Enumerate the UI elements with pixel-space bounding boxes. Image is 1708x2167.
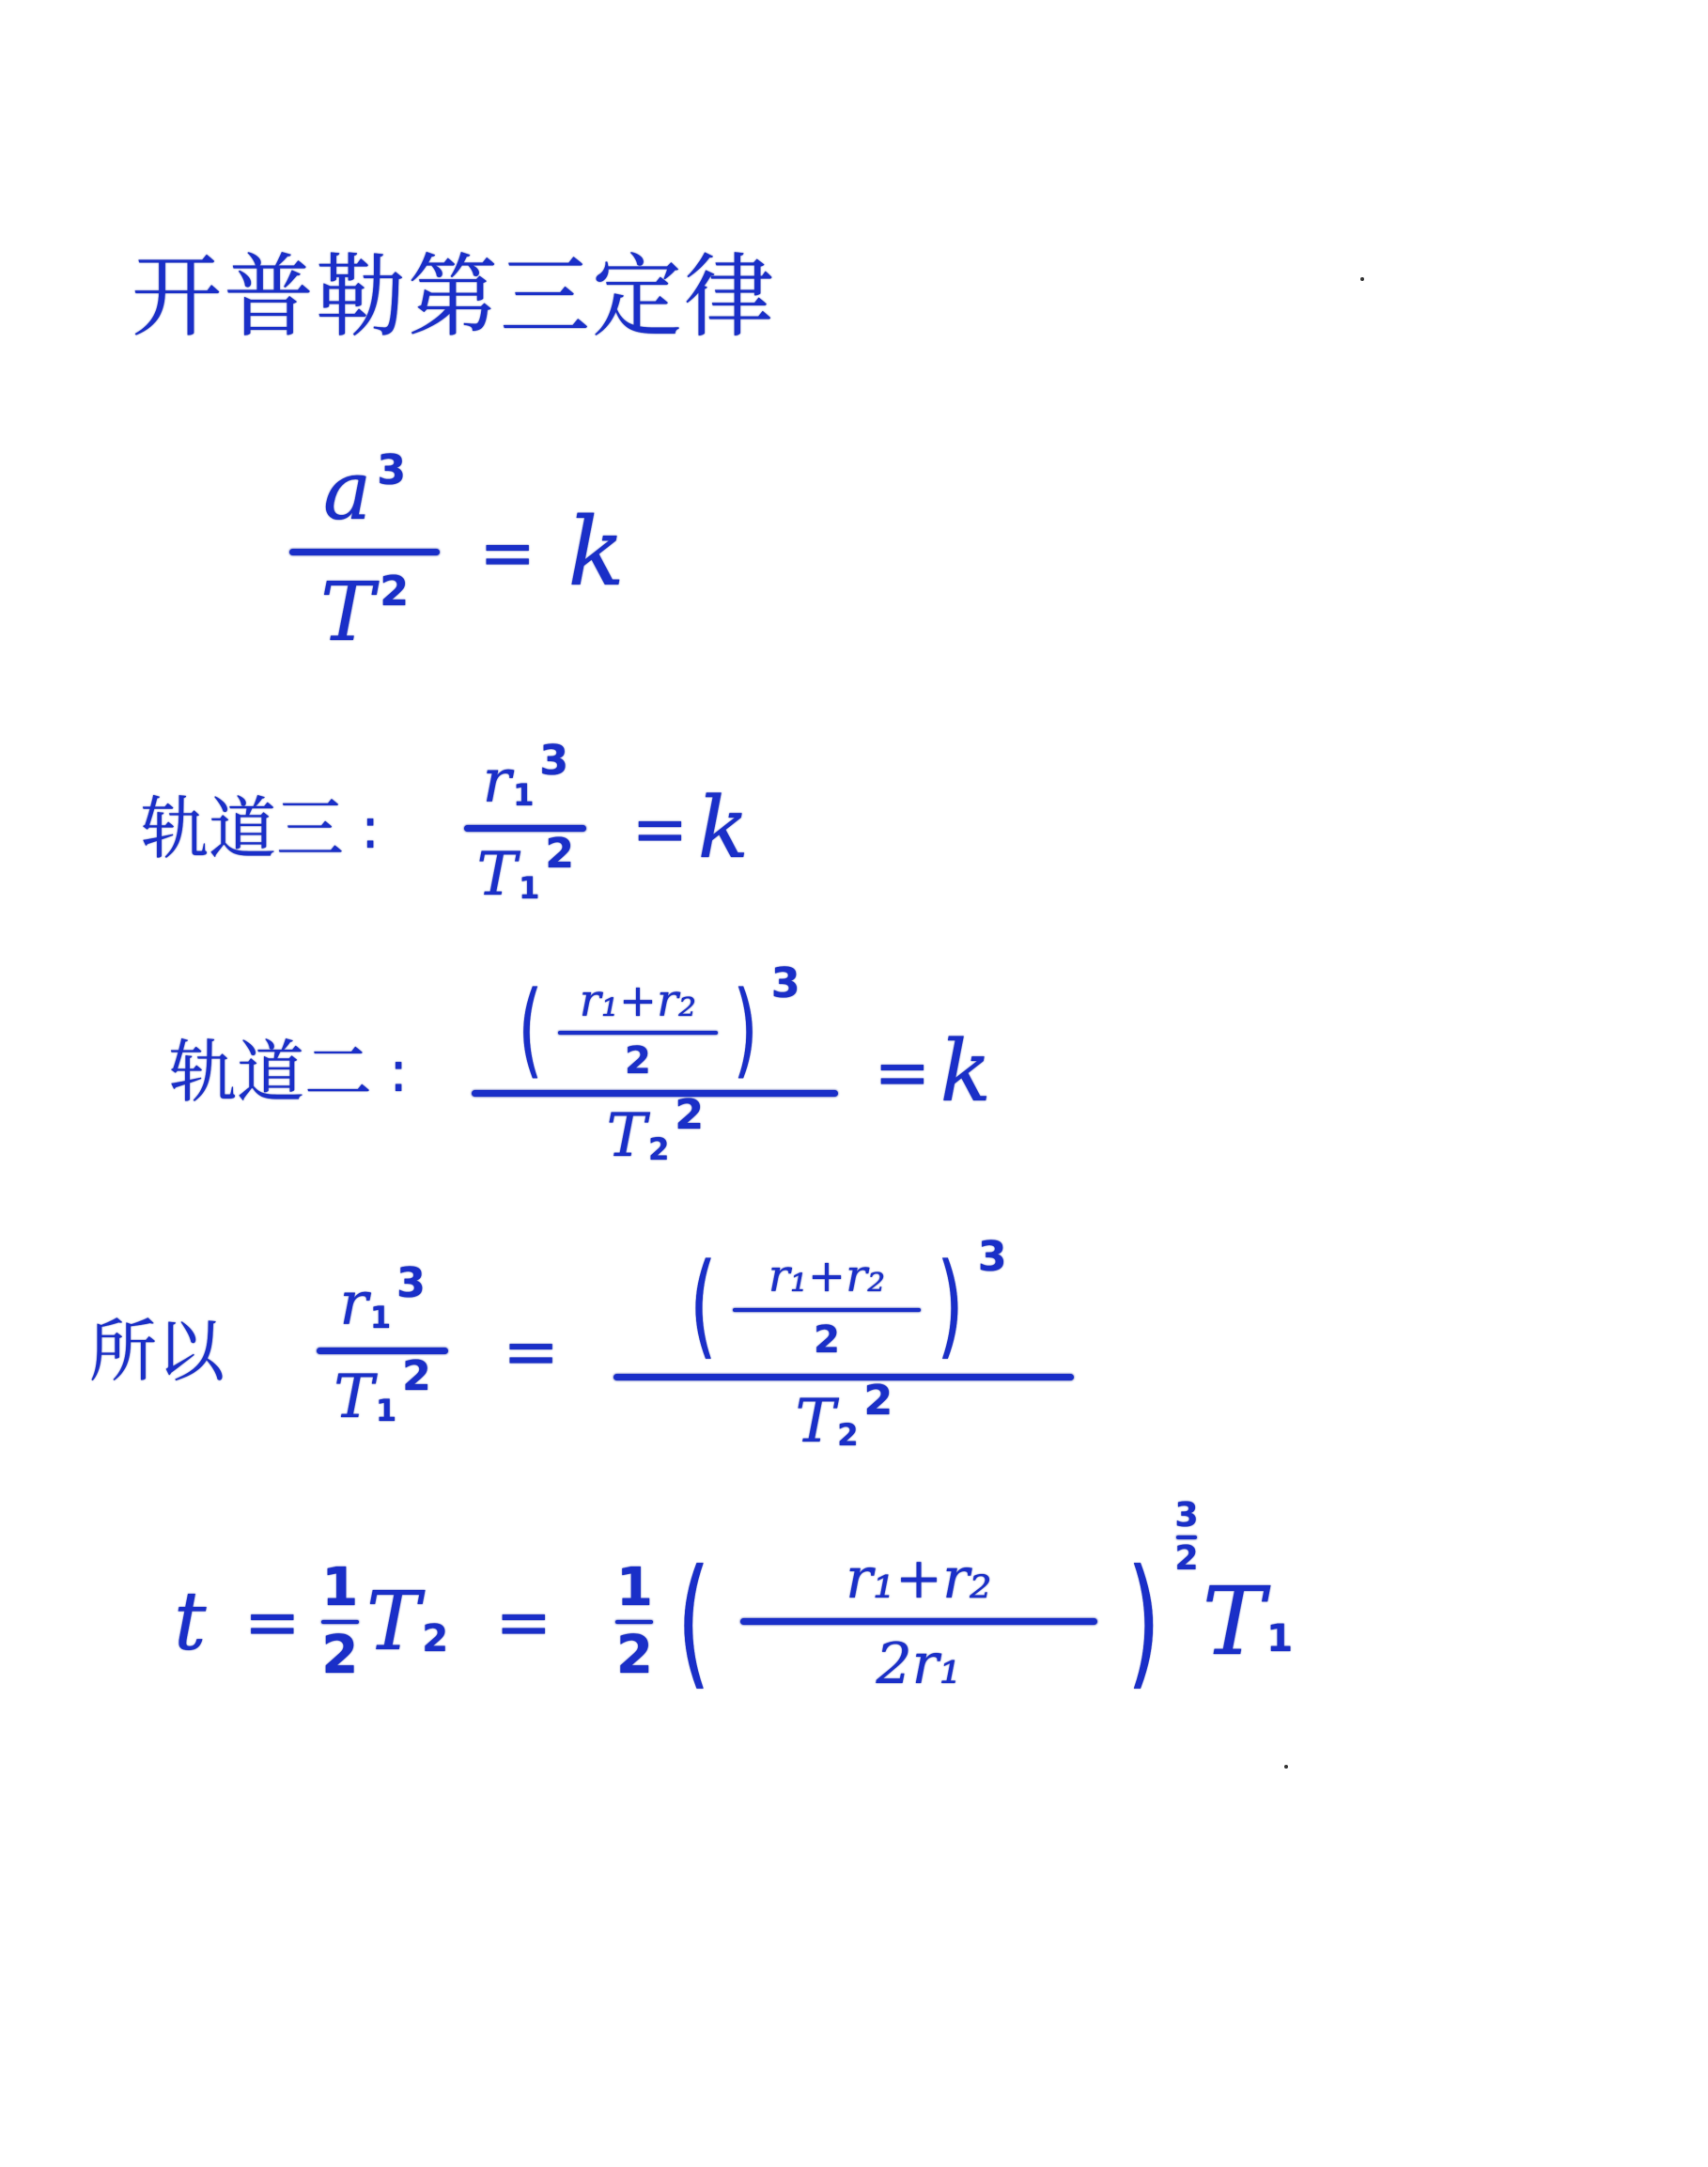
exponent: 2	[675, 1095, 704, 1136]
exponent: 2	[864, 1380, 893, 1422]
orbit2-label: 轨道二	[169, 1038, 372, 1106]
orbit2-formula: 轨道二 : ( r₁+r₂ 2 ) 3 T 2 2 = k	[169, 977, 991, 1166]
subscript: 1	[519, 873, 539, 903]
T-symbol: T	[476, 845, 517, 905]
fraction-bar	[472, 1090, 838, 1097]
fraction-bar	[733, 1308, 921, 1312]
ratio-fraction: r₁+r₂ 2r₁	[740, 1551, 1097, 1692]
one-half: 1 2	[321, 1562, 359, 1682]
r1-plus-r2: r₁+r₂	[580, 978, 697, 1023]
exponent-denominator: 2	[1175, 1542, 1199, 1576]
handwritten-page: 开普勒第三定律 a 3 T 2 = k 轨道三 : r 1 3	[0, 0, 1708, 2167]
orbit2-fraction: ( r₁+r₂ 2 ) 3 T 2 2	[472, 977, 838, 1166]
law-denominator-exp: 2	[380, 571, 409, 613]
exponent-numerator: 3	[1175, 1499, 1199, 1533]
open-paren: (	[519, 977, 543, 1081]
fraction-bar	[558, 1031, 718, 1035]
one-half: 1 2	[615, 1562, 653, 1682]
denominator-two: 2	[616, 1629, 653, 1682]
orbit3-label: 轨道三	[141, 795, 344, 863]
fraction-bar	[321, 1620, 359, 1624]
subscript: 1	[1266, 1620, 1293, 1658]
orbit3-fraction: r 1 3 T 1 2	[464, 752, 586, 905]
subscript: 2	[648, 1134, 669, 1164]
law-denominator: T	[320, 572, 374, 653]
subscript: 1	[370, 1302, 391, 1333]
denominator-two: 2	[625, 1042, 651, 1080]
exponent: 3	[539, 741, 568, 782]
r-symbol: r	[339, 1274, 368, 1334]
subscript: 1	[513, 780, 534, 810]
equals-sign: =	[503, 1317, 559, 1385]
law-constant: k	[567, 506, 625, 600]
fraction-bar	[613, 1374, 1074, 1380]
r-symbol: r	[482, 752, 511, 812]
close-paren: )	[1127, 1551, 1160, 1692]
equals-sign: =	[479, 519, 536, 586]
colon: :	[389, 1044, 408, 1100]
open-paren: (	[677, 1551, 710, 1692]
exponent: 3	[771, 963, 800, 1005]
colon: :	[361, 801, 380, 857]
lhs-fraction: r 1 3 T 1 2	[317, 1274, 448, 1427]
close-paren: )	[734, 977, 758, 1081]
two-r1: 2r₁	[877, 1636, 962, 1692]
stray-mark	[1284, 1765, 1288, 1769]
fraction-bar	[740, 1618, 1097, 1625]
exponent: 3	[396, 1263, 426, 1304]
rhs-fraction: ( r₁+r₂ 2 ) 3 T 2 2	[613, 1250, 1074, 1452]
exponent: 3	[978, 1237, 1007, 1278]
close-paren: )	[937, 1250, 963, 1363]
subscript: 1	[376, 1395, 396, 1426]
semi-major-axis-fraction: r₁+r₂ 2	[733, 1254, 921, 1359]
numerator-one: 1	[321, 1562, 358, 1614]
result-formula: t = 1 2 T 2 = 1 2 ( r₁+r₂ 2r₁ ) 3 2 T 1	[174, 1551, 1293, 1692]
stray-mark	[1360, 277, 1364, 281]
denominator-two: 2	[321, 1629, 358, 1682]
equals-sign: =	[874, 1038, 930, 1106]
open-paren: (	[691, 1250, 717, 1363]
denominator-two: 2	[814, 1321, 840, 1359]
therefore-label: 所以	[89, 1317, 225, 1385]
orbit3-formula: 轨道三 : r 1 3 T 1 2 = k	[141, 752, 749, 905]
equals-sign: =	[244, 1588, 301, 1656]
T-symbol: T	[334, 1367, 374, 1427]
subscript: 2	[422, 1620, 448, 1658]
law-numerator-exp: 3	[377, 450, 406, 491]
equals-sign: =	[631, 795, 688, 863]
fraction-bar	[1176, 1536, 1197, 1539]
subscript: 2	[837, 1420, 858, 1450]
page-title: 开普勒第三定律	[132, 252, 776, 342]
constant-k: k	[940, 1030, 992, 1115]
therefore-formula: 所以 r 1 3 T 1 2 = ( r₁+r₂ 2	[89, 1250, 1081, 1452]
T-symbol: T	[796, 1392, 836, 1452]
law-numerator: a	[323, 451, 371, 532]
equals-sign: =	[495, 1588, 551, 1656]
semi-major-axis-fraction: r₁+r₂ 2	[558, 978, 718, 1080]
r1-plus-r2: r₁+r₂	[846, 1551, 992, 1607]
numerator-one: 1	[616, 1562, 653, 1614]
fraction-bar	[289, 549, 440, 555]
exponent: 2	[545, 834, 574, 875]
r1-plus-r2: r₁+r₂	[769, 1254, 886, 1299]
constant-k: k	[698, 787, 750, 871]
T-symbol: T	[366, 1582, 420, 1662]
T-symbol: T	[1203, 1575, 1265, 1669]
time-variable: t	[174, 1582, 207, 1662]
exponent-three-halves: 3 2	[1175, 1499, 1199, 1576]
kepler-law-formula: a 3 T 2 = k	[282, 451, 625, 653]
T-symbol: T	[606, 1106, 646, 1166]
law-fraction: a 3 T 2	[289, 451, 440, 653]
fraction-bar	[615, 1620, 653, 1624]
exponent: 2	[402, 1356, 431, 1397]
